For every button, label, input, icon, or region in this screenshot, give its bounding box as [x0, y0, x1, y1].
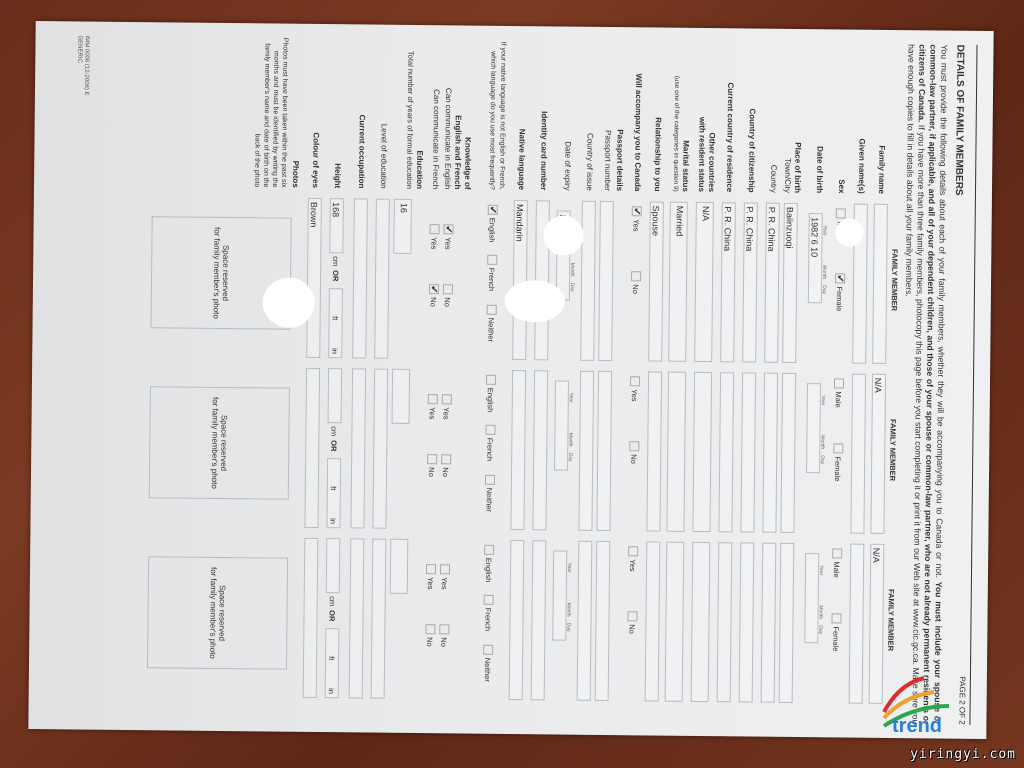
marital-status-field-2[interactable]	[666, 372, 686, 532]
years-education-field-3[interactable]	[390, 539, 409, 594]
height-in-unit-2: in	[328, 518, 337, 524]
french-no-2-label: No	[427, 467, 436, 477]
freq-french-2[interactable]	[485, 425, 495, 435]
eye-colour-field-2[interactable]	[304, 368, 320, 528]
english-no-1-label: No	[443, 297, 452, 307]
height-cm-field-3[interactable]	[326, 538, 341, 593]
label-place_of_birth: Place of birth	[792, 43, 804, 193]
sex-male-2[interactable]	[834, 378, 844, 388]
label-country_of_citizenship: Country of citizenship	[746, 42, 758, 192]
label-height: Height	[332, 38, 344, 188]
height-or-3: OR	[327, 610, 336, 621]
english-no-3[interactable]	[439, 624, 449, 634]
accompany-yes-3-label: Yes	[628, 559, 637, 571]
label-town_city: Town/City	[782, 43, 794, 193]
form-footer: IMM 0008 (12-2006) E GENERIC	[75, 35, 90, 95]
sex-female-2-label: Female	[833, 456, 842, 481]
height-cm-unit-1: cm	[331, 256, 340, 266]
french-yes-1-label: Yes	[429, 237, 438, 249]
label-colour_of_eyes: Colour of eyes	[310, 38, 322, 188]
label-total_years: Total number of years of formal educatio…	[404, 39, 416, 189]
occupation-field-2[interactable]	[350, 368, 366, 528]
passport-number-field-3[interactable]	[595, 541, 611, 701]
accompany-yes-2[interactable]	[630, 376, 640, 386]
french-yes-2-label: Yes	[428, 407, 437, 419]
sex-male-3-label: Male	[832, 561, 841, 577]
accompany-no-3[interactable]	[627, 611, 637, 621]
sex-male-3[interactable]	[832, 548, 842, 558]
given-names-field-3[interactable]	[849, 544, 865, 704]
residence-field-3[interactable]	[717, 542, 733, 702]
freq-french-3[interactable]	[484, 595, 494, 605]
accompany-yes-1-label: Yes	[632, 219, 641, 231]
identity-card-field-2[interactable]	[532, 370, 548, 530]
height-in-unit-3: in	[327, 688, 336, 694]
level-education-field-1[interactable]	[374, 199, 390, 359]
passport-number-field-2[interactable]	[596, 371, 612, 531]
freq-english-1[interactable]: ✔	[488, 205, 498, 215]
redaction-mark-1	[835, 218, 863, 246]
french-no-2[interactable]	[427, 454, 437, 464]
english-yes-2[interactable]	[442, 394, 452, 404]
sex-male-1[interactable]	[836, 208, 846, 218]
expiry-field-2[interactable]	[554, 380, 569, 470]
label-native_language: Native language	[516, 40, 528, 190]
freq-neither-2[interactable]	[485, 475, 495, 485]
residence-field-2[interactable]	[718, 372, 734, 532]
label-passport_number: Passport number	[602, 41, 614, 191]
relationship-field-3[interactable]	[645, 541, 661, 701]
freq-neither-3-label: Neither	[483, 658, 492, 682]
column-header-3: FAMILY MEMBER	[886, 589, 896, 651]
family-name-field-1[interactable]	[872, 204, 888, 364]
photo-text-2: for family member's photo	[212, 227, 222, 319]
column-header-1: FAMILY MEMBER	[890, 249, 900, 311]
label-native_language_note: If your native language is not English o…	[486, 40, 508, 190]
given-names-field-2[interactable]	[850, 374, 866, 534]
photo-text-2: for family member's photo	[210, 397, 220, 489]
english-no-3-label: No	[439, 637, 448, 647]
marital-status-field-1[interactable]: Married	[668, 202, 688, 362]
photo-text-2: for family member's photo	[208, 567, 218, 659]
form-code: IMM 0008 (12-2006) E	[82, 35, 90, 95]
french-yes-3-label: Yes	[426, 577, 435, 589]
birth-country-field-2[interactable]	[762, 373, 778, 533]
english-yes-1[interactable]: ✔	[444, 224, 454, 234]
freq-neither-3[interactable]	[483, 645, 493, 655]
accompany-no-1-label: No	[631, 284, 640, 294]
label-marital_status_note: (use one of the categories in question 9…	[670, 42, 682, 192]
label-communicate_french: Can communicate in French	[430, 39, 442, 189]
accompany-yes-1[interactable]: ✔	[632, 206, 642, 216]
redaction-mark-4	[263, 277, 316, 328]
label-family_name: Family name	[876, 44, 888, 194]
accompany-no-2-label: No	[629, 454, 638, 464]
freq-neither-1[interactable]	[487, 305, 497, 315]
sex-male-2-label: Male	[834, 391, 843, 407]
dob-field-1[interactable]: 1982 6 10	[808, 213, 823, 303]
other-countries-field-3[interactable]	[691, 542, 711, 702]
accompany-no-3-label: No	[627, 624, 636, 634]
photo-text-1: Space reserved	[221, 227, 231, 319]
label-given_names: Given name(s)	[856, 44, 868, 194]
expiry-field-3[interactable]	[552, 550, 567, 640]
eye-colour-field-1[interactable]: Brown	[306, 198, 322, 358]
native-language-field-2[interactable]	[510, 370, 526, 530]
sex-female-2[interactable]	[833, 443, 843, 453]
photo-text-1: Space reserved	[217, 567, 227, 659]
sex-female-3[interactable]	[831, 613, 841, 623]
label-sex: Sex	[836, 43, 848, 193]
citizenship-field-3[interactable]	[739, 542, 755, 702]
watermark-url: yiringyi.com	[910, 747, 1016, 762]
english-no-1[interactable]	[443, 284, 453, 294]
sex-female-1[interactable]: ✔	[835, 273, 845, 283]
label-country: Country	[768, 43, 780, 193]
header-rule	[969, 45, 977, 725]
intro-text: You must provide the following details a…	[898, 44, 949, 724]
family-name-field-2[interactable]: N/A	[870, 374, 886, 534]
passport-country-field-2[interactable]	[578, 371, 594, 531]
french-no-1[interactable]: ✔	[429, 284, 439, 294]
redaction-mark-3	[505, 280, 565, 323]
height-cm-field-2[interactable]	[328, 368, 343, 423]
label-level_of_education: Level of education	[378, 39, 390, 189]
sex-female-3-label: Female	[831, 626, 840, 651]
label-communicate_english: Can communicate in English	[442, 39, 454, 189]
accompany-no-1[interactable]	[631, 271, 641, 281]
birth-town-field-1[interactable]: Baiinzuoqi	[782, 203, 798, 363]
height-cm-unit-2: cm	[329, 426, 338, 436]
english-yes-3-label: Yes	[440, 577, 449, 589]
french-no-3-label: No	[425, 637, 434, 647]
french-yes-3[interactable]	[426, 564, 436, 574]
level-education-field-2[interactable]	[372, 369, 388, 529]
english-no-2[interactable]	[441, 454, 451, 464]
height-cm-field-1[interactable]: 168	[329, 198, 344, 253]
level-education-field-3[interactable]	[371, 539, 387, 699]
label-with_resident_status: with resident status	[696, 42, 708, 192]
accompany-no-2[interactable]	[629, 441, 639, 451]
photo-placeholder-text: Space reservedfor family member's photo	[212, 227, 231, 319]
label-country_of_issue: Country of issue	[584, 41, 596, 191]
label-current_country_of_residence: Current country of residence	[724, 42, 736, 192]
relationship-field-1[interactable]: Spouse	[648, 201, 664, 361]
french-no-3[interactable]	[425, 624, 435, 634]
dob-field-3[interactable]	[804, 553, 819, 643]
marital-status-field-3[interactable]	[665, 542, 685, 702]
freq-english-3[interactable]	[484, 545, 494, 555]
years-education-field-2[interactable]	[392, 369, 411, 424]
freq-french-2-label: French	[485, 438, 494, 461]
label-marital_status: Marital status	[680, 42, 692, 192]
label-education: Education	[414, 39, 426, 189]
svg-text:trend: trend	[892, 715, 942, 734]
freq-english-2-label: English	[486, 388, 495, 413]
photo-placeholder-text: Space reservedfor family member's photo	[208, 567, 227, 659]
passport-number-field-1[interactable]	[598, 201, 614, 361]
freq-english-3-label: English	[484, 558, 493, 583]
label-current_occupation: Current occupation	[356, 38, 368, 188]
height-or-1: OR	[331, 270, 340, 281]
photo-text-1: Space reserved	[219, 397, 229, 489]
other-countries-field-2[interactable]	[692, 372, 712, 532]
residence-field-1[interactable]: P. R. China	[720, 202, 736, 362]
other-countries-field-1[interactable]: N/A	[694, 202, 714, 362]
sex-female-1-label: Female	[835, 286, 844, 311]
citizenship-field-1[interactable]: P. R. China	[742, 202, 758, 362]
french-yes-1[interactable]	[430, 224, 440, 234]
freq-neither-1-label: Neither	[486, 318, 495, 342]
occupation-field-3[interactable]	[349, 538, 365, 698]
freq-french-3-label: French	[483, 608, 492, 631]
label-date_of_birth: Date of birth	[814, 43, 826, 193]
label-photos: Photos	[290, 38, 302, 188]
birth-country-field-3[interactable]	[761, 543, 777, 703]
column-header-2: FAMILY MEMBER	[888, 419, 898, 481]
label-identity_card_number: Identity card number	[538, 40, 550, 190]
english-yes-3[interactable]	[440, 564, 450, 574]
height-cm-unit-3: cm	[328, 596, 337, 606]
passport-country-field-1[interactable]	[580, 201, 596, 361]
freq-english-1-label: English	[487, 218, 496, 243]
height-in-unit-1: in	[330, 348, 339, 354]
photo-box-2[interactable]: Space reservedfor family member's photo	[149, 386, 290, 499]
height-ft-unit-3: ft	[327, 656, 336, 660]
french-yes-2[interactable]	[428, 394, 438, 404]
label-will_accompany: Will accompany you to Canada	[632, 41, 644, 191]
relationship-field-2[interactable]	[646, 371, 662, 531]
label-relationship_to_you: Relationship to you	[652, 41, 664, 191]
trend-logo-icon: trend	[874, 674, 964, 734]
english-yes-2-label: Yes	[442, 407, 451, 419]
redaction-mark-2	[543, 215, 583, 255]
photo-box-3[interactable]: Space reservedfor family member's photo	[147, 556, 288, 669]
height-ft-unit-2: ft	[329, 486, 338, 490]
english-no-2-label: No	[441, 467, 450, 477]
years-education-field-1[interactable]: 16	[393, 199, 412, 254]
label-photos_note: Photos must have been taken within the p…	[252, 37, 290, 187]
eye-colour-field-3[interactable]	[303, 538, 319, 698]
french-no-1-label: No	[429, 297, 438, 307]
freq-neither-2-label: Neither	[485, 488, 494, 512]
accompany-yes-3[interactable]	[628, 546, 638, 556]
freq-french-1[interactable]	[487, 255, 497, 265]
birth-country-field-1[interactable]: P. R. China	[764, 203, 780, 363]
label-knowledge_of: Knowledge of	[462, 39, 474, 189]
family-members-form: PAGE 2 OF 2 DETAILS OF FAMILY MEMBERS Yo…	[70, 35, 977, 724]
label-date_of_expiry: Date of expiry	[562, 41, 574, 191]
english-yes-1-label: Yes	[443, 237, 452, 249]
accompany-yes-2-label: Yes	[630, 389, 639, 401]
freq-english-2[interactable]	[486, 375, 496, 385]
passport-country-field-3[interactable]	[577, 541, 593, 701]
birth-town-field-3[interactable]	[779, 543, 795, 703]
identity-card-field-3[interactable]	[531, 540, 547, 700]
birth-town-field-2[interactable]	[780, 373, 796, 533]
label-english_and_french: English and French	[452, 39, 464, 189]
occupation-field-1[interactable]	[352, 198, 368, 358]
label-other_countries: Other countries	[706, 42, 718, 192]
citizenship-field-2[interactable]	[740, 372, 756, 532]
height-or-2: OR	[329, 440, 338, 451]
native-language-field-3[interactable]	[509, 540, 525, 700]
freq-french-1-label: French	[487, 268, 496, 291]
label-passport_details: Passport details	[614, 41, 626, 191]
height-ft-unit-1: ft	[331, 316, 340, 320]
form-page: PAGE 2 OF 2 DETAILS OF FAMILY MEMBERS Yo…	[28, 21, 993, 739]
dob-field-2[interactable]	[806, 383, 821, 473]
photo-placeholder-text: Space reservedfor family member's photo	[210, 397, 229, 489]
form-title: DETAILS OF FAMILY MEMBERS	[953, 45, 966, 196]
